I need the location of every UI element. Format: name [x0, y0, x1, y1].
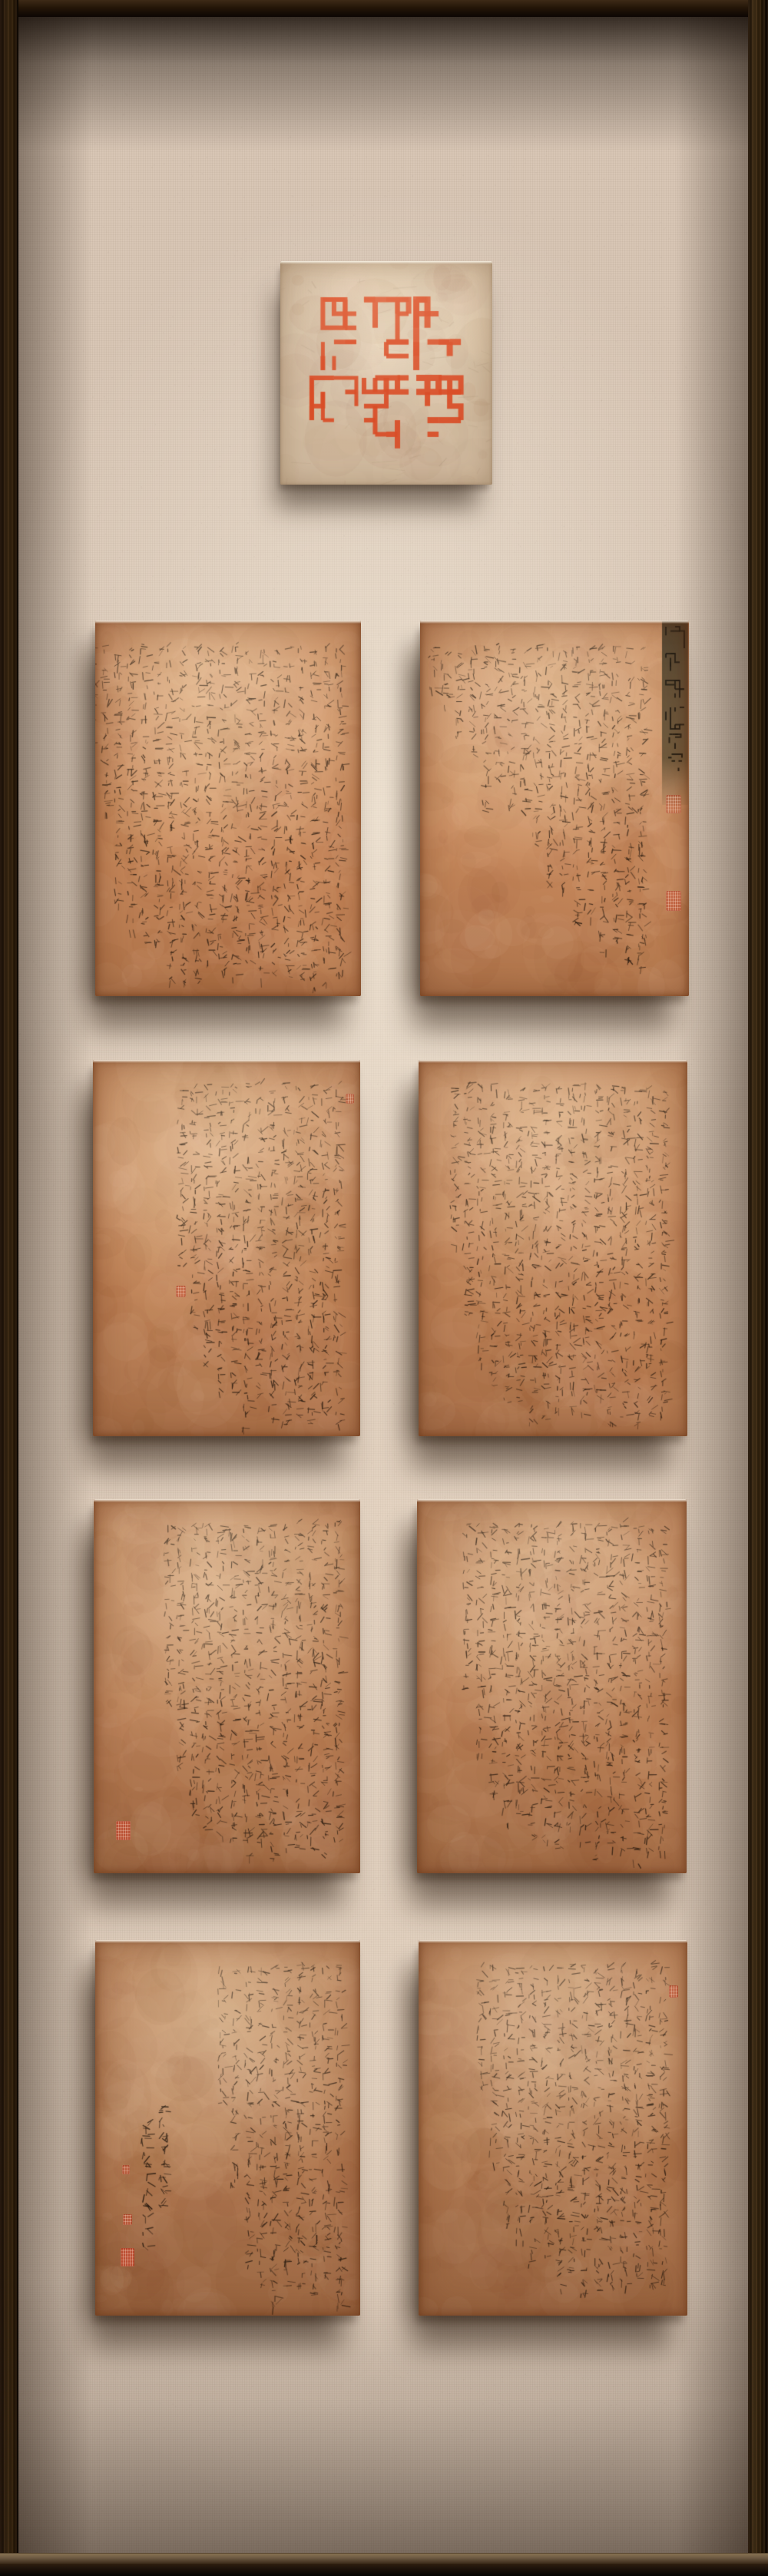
panel-7-calligraphy-canvas — [95, 1940, 360, 2316]
panel-7-seal-stamp-2 — [123, 2214, 132, 2225]
panel-3 — [93, 1060, 360, 1436]
panel-7-seal-stamp-1 — [122, 2165, 130, 2174]
panel-2-seal-stamp-1 — [666, 795, 681, 813]
framed-artwork-photo — [0, 0, 768, 2576]
panel-1 — [95, 621, 361, 996]
panel-8-seal-stamp-1 — [669, 1985, 678, 1998]
panel-4 — [419, 1060, 687, 1436]
panel-7 — [95, 1940, 360, 2316]
panel-3-calligraphy-canvas — [93, 1060, 360, 1436]
frame-bottom-sill — [0, 2553, 768, 2564]
panel-2 — [420, 621, 689, 996]
panel-4-calligraphy-canvas — [419, 1060, 687, 1436]
panel-7-seal-stamp-3 — [121, 2248, 134, 2266]
panel-2-seal-stamp-2 — [666, 891, 681, 911]
panel-1-calligraphy-canvas — [95, 621, 361, 996]
frame-bottom-rail — [0, 2564, 768, 2576]
panel-8-calligraphy-canvas — [419, 1940, 687, 2316]
panel-5 — [94, 1499, 360, 1873]
frame-left-rail — [0, 0, 18, 2576]
cover-panel — [280, 261, 492, 485]
panel-6-calligraphy-canvas — [417, 1499, 687, 1873]
frame-right-rail — [748, 0, 768, 2576]
panel-2-calligraphy-canvas — [420, 621, 689, 996]
panel-3-seal-stamp-1 — [346, 1094, 354, 1104]
cover-panel-calligraphy-canvas — [280, 261, 492, 485]
panel-5-seal-stamp-1 — [116, 1821, 131, 1840]
panel-3-seal-stamp-2 — [176, 1286, 186, 1297]
frame-top-rail — [0, 0, 768, 17]
panel-5-calligraphy-canvas — [94, 1499, 360, 1873]
panel-6 — [417, 1499, 687, 1873]
panel-8 — [419, 1940, 687, 2316]
